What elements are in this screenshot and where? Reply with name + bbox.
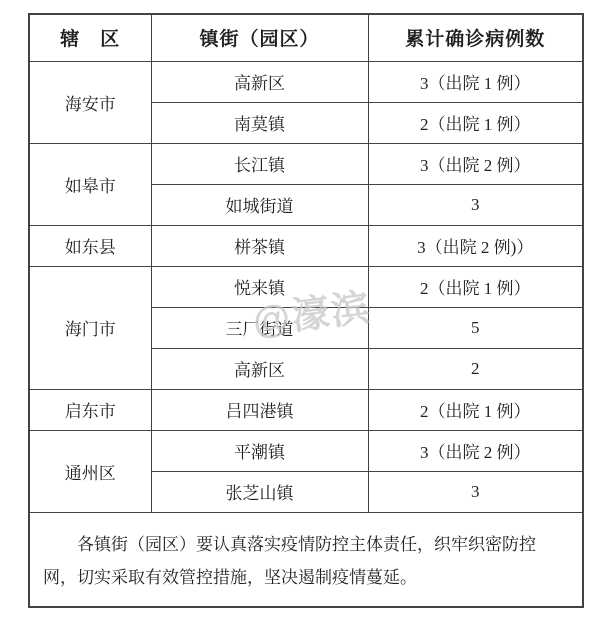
town-cell: 三厂街道 [151,307,368,348]
header-town: 镇街（园区） [151,14,368,61]
district-cell: 如东县 [29,225,151,266]
district-cell: 海门市 [29,266,151,389]
header-cases: 累计确诊病例数 [368,14,583,61]
town-cell: 长江镇 [151,143,368,184]
footer-row: 各镇街（园区）要认真落实疫情防控主体责任，织牢织密防控网，切实采取有效管控措施，… [29,512,583,607]
cases-cell: 3（出院 1 例） [368,61,583,102]
town-cell: 吕四港镇 [151,389,368,430]
district-cell: 海安市 [29,61,151,143]
town-cell: 张芝山镇 [151,471,368,512]
epidemic-report-page: 辖 区 镇街（园区） 累计确诊病例数 海安市高新区3（出院 1 例）南莫镇2（出… [0,0,613,623]
footer-note-line: 各镇街（园区）要认真落实疫情防控主体责任，织牢织密防控 [43,528,569,561]
table-row: 通州区平潮镇3（出院 2 例） [29,430,583,471]
town-cell: 悦来镇 [151,266,368,307]
town-cell: 平潮镇 [151,430,368,471]
cases-cell: 2（出院 1 例） [368,102,583,143]
cases-cell: 3 [368,471,583,512]
table-row: 启东市吕四港镇2（出院 1 例） [29,389,583,430]
table-body: 海安市高新区3（出院 1 例）南莫镇2（出院 1 例）如皋市长江镇3（出院 2 … [29,61,583,512]
confirmed-cases-table: 辖 区 镇街（园区） 累计确诊病例数 海安市高新区3（出院 1 例）南莫镇2（出… [28,13,584,608]
cases-cell: 3 [368,184,583,225]
cases-cell: 2（出院 1 例） [368,389,583,430]
town-cell: 高新区 [151,61,368,102]
header-district: 辖 区 [29,14,151,61]
cases-cell: 5 [368,307,583,348]
cases-cell: 3（出院 2 例)） [368,225,583,266]
footer-note-line: 网，切实采取有效管控措施，坚决遏制疫情蔓延。 [43,561,569,594]
district-cell: 通州区 [29,430,151,512]
table-row: 如皋市长江镇3（出院 2 例） [29,143,583,184]
table-footer: 各镇街（园区）要认真落实疫情防控主体责任，织牢织密防控网，切实采取有效管控措施，… [29,512,583,607]
town-cell: 如城街道 [151,184,368,225]
district-cell: 启东市 [29,389,151,430]
cases-cell: 3（出院 2 例） [368,143,583,184]
town-cell: 南莫镇 [151,102,368,143]
table-row: 海安市高新区3（出院 1 例） [29,61,583,102]
town-cell: 栟茶镇 [151,225,368,266]
table-row: 如东县栟茶镇3（出院 2 例)） [29,225,583,266]
table-header: 辖 区 镇街（园区） 累计确诊病例数 [29,14,583,61]
footer-note: 各镇街（园区）要认真落实疫情防控主体责任，织牢织密防控网，切实采取有效管控措施，… [29,512,583,607]
cases-cell: 3（出院 2 例） [368,430,583,471]
cases-cell: 2（出院 1 例） [368,266,583,307]
cases-cell: 2 [368,348,583,389]
district-cell: 如皋市 [29,143,151,225]
table-row: 海门市悦来镇2（出院 1 例） [29,266,583,307]
town-cell: 高新区 [151,348,368,389]
table-header-row: 辖 区 镇街（园区） 累计确诊病例数 [29,14,583,61]
